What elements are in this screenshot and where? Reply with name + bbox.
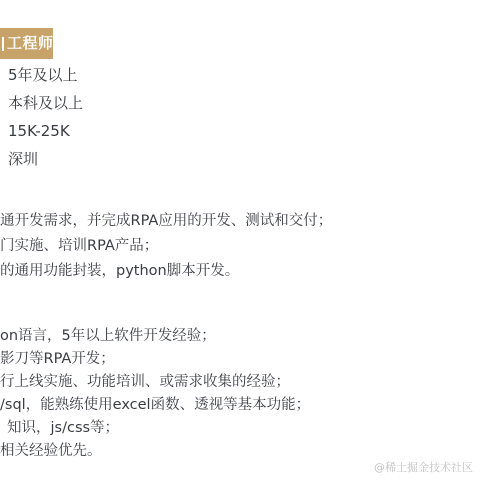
job-experience: 5年及以上: [8, 61, 83, 89]
job-title-badge: 工程师: [0, 28, 53, 59]
clipped-character-fragment: [2, 37, 4, 51]
job-education: 本科及以上: [8, 89, 83, 117]
description-line: 门实施、培训RPA产品；: [0, 234, 332, 259]
juejin-watermark: @稀土掘金技术社区: [374, 459, 473, 475]
requirement-line: 知识，js/css等；: [0, 417, 310, 440]
requirement-line: /sql，能熟练使用excel函数、透视等基本功能；: [0, 394, 310, 417]
description-line: 通开发需求，并完成RPA应用的开发、测试和交付；: [0, 209, 332, 234]
job-requirements-block: on语言，5年以上软件开发经验； 影刀等RPA开发； 行上线实施、功能培训、或需…: [0, 325, 310, 463]
requirement-line: on语言，5年以上软件开发经验；: [0, 325, 310, 348]
requirement-line: 行上线实施、功能培训、或需求收集的经验；: [0, 371, 310, 394]
job-description-block: 通开发需求，并完成RPA应用的开发、测试和交付； 门实施、培训RPA产品； 的通…: [0, 209, 332, 284]
job-salary: 15K-25K: [8, 117, 83, 145]
description-line: 的通用功能封装，python脚本开发。: [0, 259, 332, 284]
job-title-badge-label: 工程师: [7, 34, 53, 52]
requirement-line: 影刀等RPA开发；: [0, 348, 310, 371]
requirement-line: 相关经验优先。: [0, 440, 310, 463]
job-location: 深圳: [8, 145, 83, 173]
job-info-list: 5年及以上 本科及以上 15K-25K 深圳: [8, 61, 83, 173]
